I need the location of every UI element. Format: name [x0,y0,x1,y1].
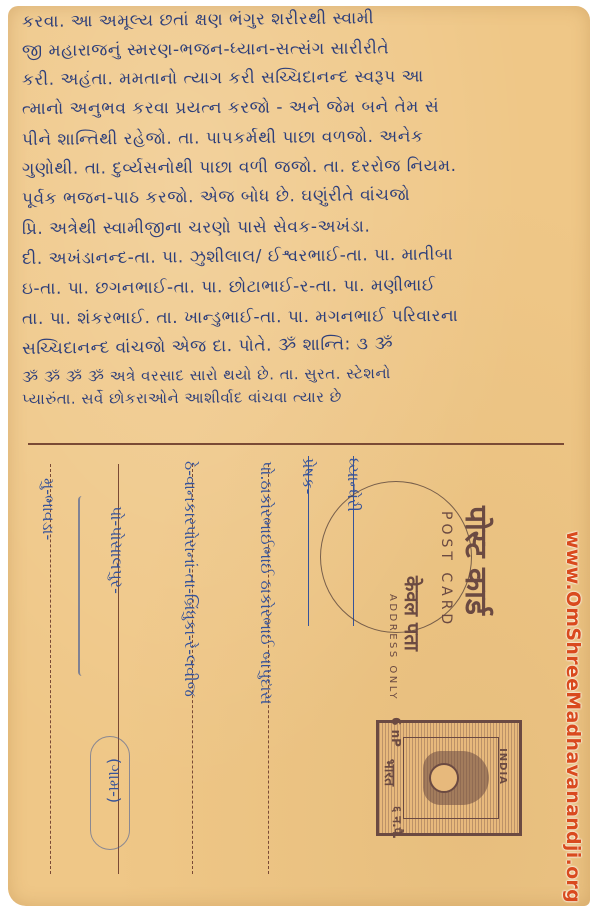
message-line: ગુણોથી. તા. દુર્વ્યસનોથી પાછા વળી જજો. ત… [22,156,457,179]
stamp-denomination-hindi: ६ न.पै. [389,806,406,839]
stamp-country: INDIA [497,748,508,785]
stamp-denomination: 6 nP [389,717,403,747]
address-line: પો-પોસાલપુર- [106,506,126,594]
message-line: પીને શાન્તિથી રહેજો. તા. પાપકર્મથી પાછા … [22,126,424,150]
address-only-hindi-label: केवल पता [399,576,426,651]
website-watermark: www.OmShreeMadhavanandji.org [562,531,584,903]
post-card-label: POST CARD [438,511,454,628]
address-line: પો.ઠાકોરભાઈભાઈ ઠાકોરભાઈ બાપુદાસ [256,461,276,704]
ashoka-chakra-icon [429,763,459,793]
message-line: પ્યારુંતા. સર્વે છોકરાઓને આશીર્વાદ વાંચવ… [22,388,342,408]
message-line: જી મહારાજનું સ્મરણ-ભજન-ધ્યાન-સત્સંગ સારી… [22,38,389,61]
address-only-label: ADDRESS ONLY [387,594,398,701]
message-line: કરવા. આ અમૂલ્ય છતાં ક્ષણ ભંગુર શરીરથી સ્… [22,8,374,32]
address-line: ઠે-વાનકારપોરાનાં-તા-બ્રિંધુકા-રે-લવીજ [180,461,200,697]
message-line: કરી. અહંતા. મમતાનો ત્યાગ કરી સચ્ચિદાનન્દ… [22,66,424,90]
divider-line [28,443,564,445]
address-line: મુ-ભાવડા- [38,478,58,540]
message-line: સચ્ચિદાનન્દ વાંચજો એજ દા. પોતે. ૐ શાન્તિ… [22,334,393,359]
message-line: ૐ ૐ ૐ ૐ અત્રે વરસાદ સારો થયો છે. તા. સુર… [22,364,391,386]
message-line: તા. પા. શંકરભાઈ. તા. ખાન્ડુભાઈ-તા. પા. મ… [22,306,458,329]
postcard: કરવા. આ અમૂલ્ય છતાં ક્ષણ ભંગુર શરીરથી સ્… [8,6,590,906]
message-line: દી. અખંડાનન્દ-તા. પા. ઝુશીલાલ/ ઈશ્વરભાઈ-… [22,244,453,269]
postage-stamp: INDIA भारत 6 nP ६ न.पै. [376,720,522,836]
message-line: ત્માનો અનુભવ કરવા પ્રયત્ન કરજો - અને જેમ… [22,97,439,119]
message-line: ઇ-તા. પા. છગનભાઈ-તા. પા. છોટાભાઈ-ર-તા. પ… [22,275,436,299]
stamp-country-hindi: भारत [380,759,399,786]
message-line: પૂર્વક ભજન-પાઠ કરજો. એજ બોધ છે. ઘણુંરીતે… [22,185,410,209]
address-line: (ગામ-) [104,758,124,803]
message-line: પ્રિ. અત્રેથી સ્વામીજીના ચરણો પાસે સેવક-… [22,217,370,239]
address-line: પ્રેષક- [298,458,318,494]
post-card-hindi-label: पोस्ट कार्ड [457,506,498,615]
pen-stroke [78,496,86,676]
